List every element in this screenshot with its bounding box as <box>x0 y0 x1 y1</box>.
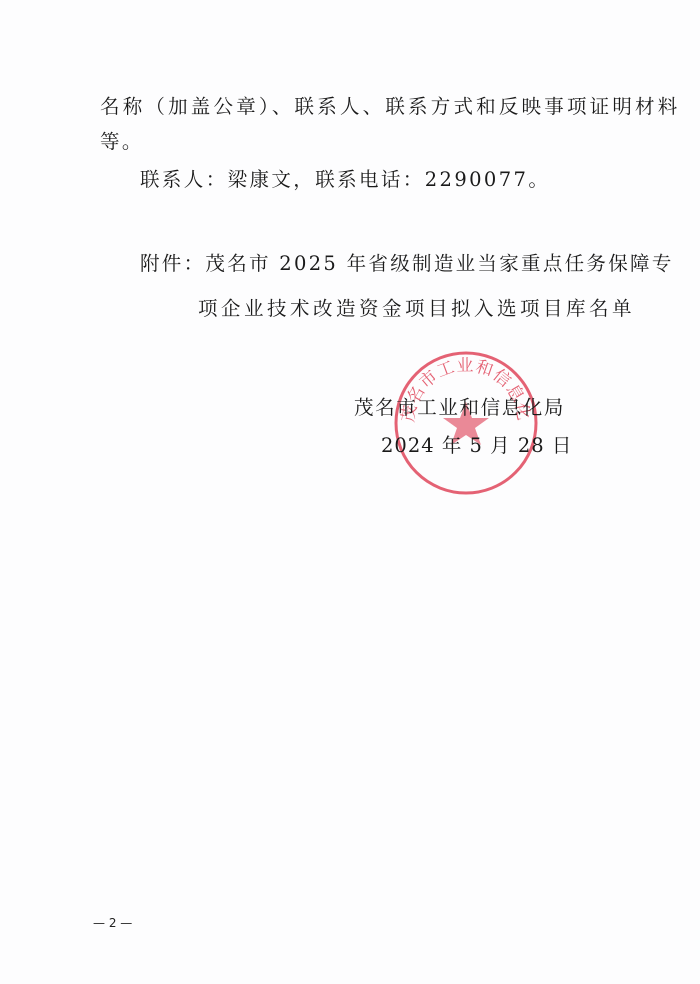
official-seal: 茂名市工业和信息化局 <box>393 350 539 496</box>
issue-date: 2024 年 5 月 28 日 <box>381 436 572 456</box>
paragraph-text-end: 等。 <box>100 132 144 152</box>
attachment-line-2: 项企业技术改造资金项目拟入选项目库名单 <box>198 299 635 319</box>
contact-line: 联系人：梁康文，联系电话：2290077。 <box>140 170 550 190</box>
paragraph-text-line: 名称（加盖公章）、联系人、联系方式和反映事项证明材料 <box>100 97 680 117</box>
page-number: — 2 — <box>93 916 132 930</box>
attachment-line-1: 附件：茂名市 2025 年省级制造业当家重点任务保障专 <box>140 254 674 274</box>
issuing-organization: 茂名市工业和信息化局 <box>354 398 565 418</box>
